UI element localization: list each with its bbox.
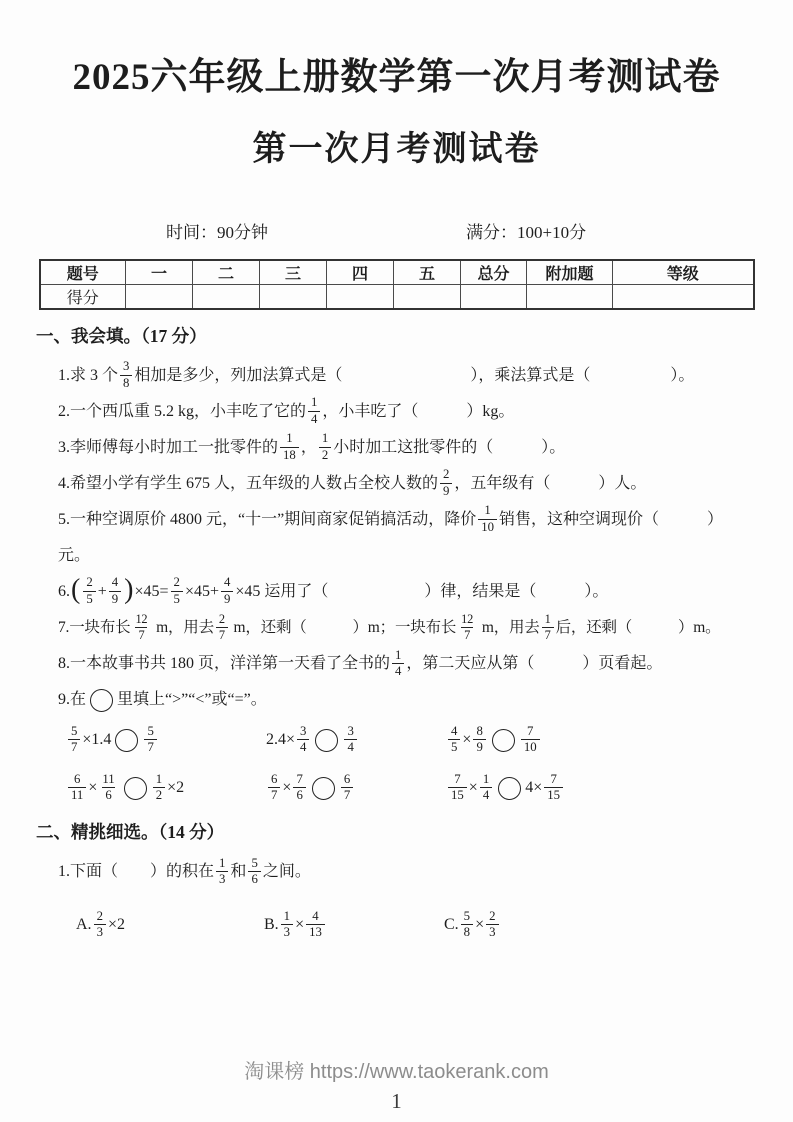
fraction: 76	[293, 773, 305, 803]
question-1: 1.求 3 个38相加是多少，列加法算式是（ ），乘法算式是（ ）。	[36, 358, 757, 394]
score-row-label: 得分	[40, 285, 126, 310]
fraction: 89	[473, 725, 485, 755]
option-c: C.58×23	[444, 906, 757, 944]
fraction: 58	[461, 910, 473, 940]
fraction: 127	[132, 613, 150, 642]
comparison-grid: 57×1.457 2.4×3434 45×89710 611×11612×2 6…	[36, 722, 757, 806]
fraction: 118	[280, 432, 299, 462]
option-a: A.23×2	[76, 906, 264, 944]
score-cell-empty	[613, 285, 754, 310]
score-table-header-cell: 等级	[613, 260, 754, 285]
score-table-header-cell: 题号	[40, 260, 126, 285]
score-cell-empty	[193, 285, 260, 310]
section2-question-1: 1.下面（ ）的积在13和56之间。	[36, 854, 757, 890]
score-cell-empty	[260, 285, 327, 310]
fraction: 23	[94, 910, 106, 940]
choice-options-row: A.23×2 B.13×413 C.58×23	[36, 906, 757, 944]
score-table-header-cell: 一	[126, 260, 193, 285]
fraction: 57	[144, 725, 156, 755]
exam-full-score: 满分：100+10分	[466, 218, 586, 243]
score-cell-empty	[527, 285, 613, 310]
score-table-header-cell: 附加题	[527, 260, 613, 285]
comparison-circle-blank	[115, 729, 138, 752]
option-b: B.13×413	[264, 906, 444, 944]
fraction: 110	[478, 504, 497, 534]
fraction: 12	[153, 773, 165, 803]
question-8: 8.一本故事书共 180 页，洋洋第一天看了全书的14，第二天应从第（ ）页看起…	[36, 646, 757, 682]
fraction: 13	[281, 910, 293, 940]
score-table-header-cell: 五	[394, 260, 461, 285]
fraction: 67	[341, 773, 353, 803]
comparison-circle-blank	[124, 777, 147, 800]
score-table-header-cell: 四	[327, 260, 394, 285]
exam-info-row: 时间：90分钟 满分：100+10分	[36, 218, 757, 243]
section-1-heading: 一、我会填。（17 分）	[36, 324, 757, 348]
comparison-circle-blank	[492, 729, 515, 752]
score-cell-empty	[461, 285, 527, 310]
comparison-item: 611×11612×2	[66, 770, 266, 806]
paper-subtitle: 第一次月考测试卷	[36, 130, 757, 170]
comparison-circle-blank	[315, 729, 338, 752]
exam-time: 时间：90分钟	[166, 218, 466, 243]
fraction: 715	[544, 773, 563, 803]
comparison-item: 57×1.457	[66, 722, 266, 758]
fraction: 23	[486, 910, 498, 940]
fraction: 25	[171, 576, 183, 606]
score-table-header-cell: 总分	[461, 260, 527, 285]
fraction: 27	[216, 613, 228, 642]
fraction: 611	[68, 773, 86, 803]
test-paper-page: 2025六年级上册数学第一次月考测试卷 第一次月考测试卷 时间：90分钟 满分：…	[0, 0, 793, 1122]
fraction: 14	[308, 396, 320, 426]
fraction: 29	[440, 468, 452, 498]
score-cell-empty	[126, 285, 193, 310]
fraction: 413	[306, 910, 325, 940]
comparison-item: 45×89710	[446, 722, 757, 758]
comparison-item: 2.4×3434	[266, 722, 446, 758]
comparison-item: 715×144×715	[446, 770, 757, 806]
fraction: 12	[319, 432, 331, 462]
page-footer: 淘课榜 https://www.taokerank.com 1	[0, 1060, 793, 1114]
fraction: 67	[268, 773, 280, 803]
fraction: 715	[448, 773, 467, 803]
fraction: 57	[68, 725, 80, 755]
comparison-circle-blank	[498, 777, 521, 800]
fraction: 38	[120, 360, 132, 390]
question-7: 7.一块布长127 m，用去27 m，还剩（ ）m；一块布长127 m，用去17…	[36, 610, 757, 646]
question-2: 2.一个西瓜重 5.2 kg，小丰吃了它的14，小丰吃了（ ）kg。	[36, 394, 757, 430]
fraction: 14	[392, 649, 404, 679]
footer-site-link: 淘课榜 https://www.taokerank.com	[0, 1060, 793, 1084]
fraction: 13	[216, 857, 228, 887]
comparison-circle-blank	[312, 777, 335, 800]
question-9: 9.在里填上“>”“<”或“=”。	[36, 682, 757, 718]
fraction: 710	[521, 725, 540, 755]
fraction: 14	[480, 773, 492, 803]
fraction: 127	[458, 613, 476, 642]
big-paren: )	[123, 574, 134, 605]
score-cell-empty	[394, 285, 461, 310]
question-6: 6.(25+49)×45=25×45+49×45 运用了（ ）律，结果是（ ）。	[36, 574, 757, 610]
section-2-heading: 二、精挑细选。（14 分）	[36, 820, 757, 844]
score-table: 题号 一 二 三 四 五 总分 附加题 等级 得分	[39, 259, 755, 310]
fraction: 56	[248, 857, 260, 887]
comparison-item: 67×7667	[266, 770, 446, 806]
fraction: 45	[448, 725, 460, 755]
question-5: 5.一种空调原价 4800 元，“十一”期间商家促销搞活动，降价110销售，这种…	[36, 502, 757, 574]
fraction: 34	[344, 725, 356, 755]
fraction: 49	[109, 576, 121, 606]
fraction: 17	[542, 613, 554, 642]
score-table-header-cell: 二	[193, 260, 260, 285]
fraction: 25	[83, 576, 95, 606]
question-3: 3.李师傅每小时加工一批零件的118，12小时加工这批零件的（ ）。	[36, 430, 757, 466]
score-table-score-row: 得分	[40, 285, 754, 310]
fraction: 49	[221, 576, 233, 606]
paper-title: 2025六年级上册数学第一次月考测试卷	[36, 56, 757, 100]
comparison-circle-blank	[90, 689, 113, 712]
page-number: 1	[0, 1088, 793, 1114]
big-paren: (	[70, 574, 81, 605]
score-table-header-cell: 三	[260, 260, 327, 285]
fraction: 116	[99, 773, 117, 803]
score-table-header-row: 题号 一 二 三 四 五 总分 附加题 等级	[40, 260, 754, 285]
score-cell-empty	[327, 285, 394, 310]
fraction: 34	[297, 725, 309, 755]
question-4: 4.希望小学有学生 675 人，五年级的人数占全校人数的29，五年级有（ ）人。	[36, 466, 757, 502]
